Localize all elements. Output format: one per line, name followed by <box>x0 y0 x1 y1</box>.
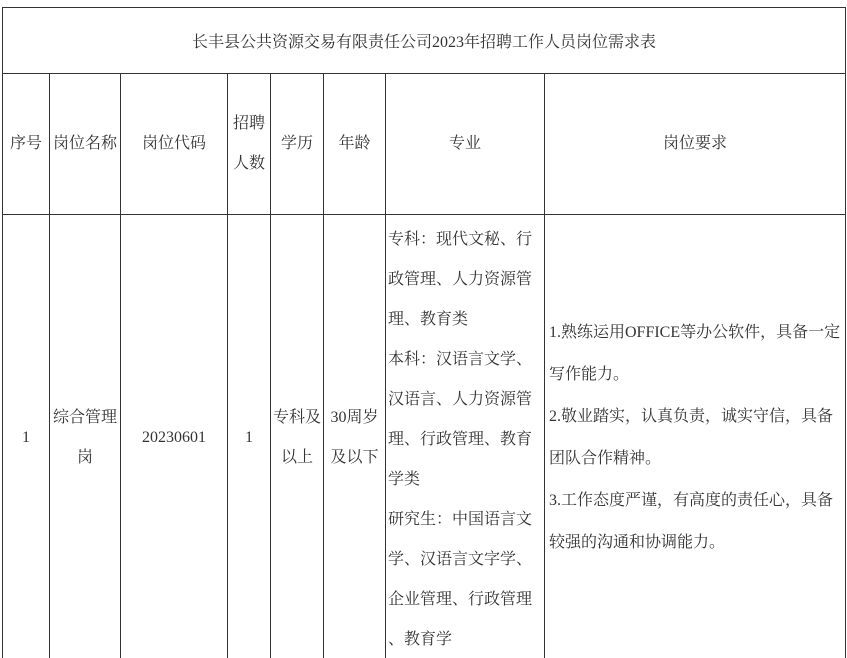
col-header-seq: 序号 <box>3 74 50 215</box>
header-row: 序号 岗位名称 岗位代码 招聘 人数 学历 年龄 专业 岗位要求 <box>3 74 846 215</box>
cell-post-name: 综合管理 岗 <box>50 215 121 658</box>
table-title: 长丰县公共资源交易有限责任公司2023年招聘工作人员岗位需求表 <box>3 8 846 74</box>
page: 长丰县公共资源交易有限责任公司2023年招聘工作人员岗位需求表 序号 岗位名称 … <box>0 0 847 658</box>
job-requirements-table: 长丰县公共资源交易有限责任公司2023年招聘工作人员岗位需求表 序号 岗位名称 … <box>2 7 846 658</box>
table-row: 1 综合管理 岗 20230601 1 专科及 以上 30周岁 及以下 专科：现… <box>3 215 846 658</box>
cell-requirements: 1.熟练运用OFFICE等办公软件，具备一定 写作能力。 2.敬业踏实，认真负责… <box>545 215 846 658</box>
col-header-education: 学历 <box>271 74 324 215</box>
col-header-major: 专业 <box>386 74 545 215</box>
cell-major: 专科：现代文秘、行 政管理、人力资源管 理、教育类 本科：汉语言文学、 汉语言、… <box>386 215 545 658</box>
cell-age: 30周岁 及以下 <box>324 215 386 658</box>
title-row: 长丰县公共资源交易有限责任公司2023年招聘工作人员岗位需求表 <box>3 8 846 74</box>
col-header-headcount: 招聘 人数 <box>228 74 271 215</box>
cell-headcount: 1 <box>228 215 271 658</box>
col-header-post-code: 岗位代码 <box>121 74 228 215</box>
col-header-post-name: 岗位名称 <box>50 74 121 215</box>
cell-post-code: 20230601 <box>121 215 228 658</box>
col-header-age: 年龄 <box>324 74 386 215</box>
cell-education: 专科及 以上 <box>271 215 324 658</box>
col-header-requirements: 岗位要求 <box>545 74 846 215</box>
cell-seq: 1 <box>3 215 50 658</box>
